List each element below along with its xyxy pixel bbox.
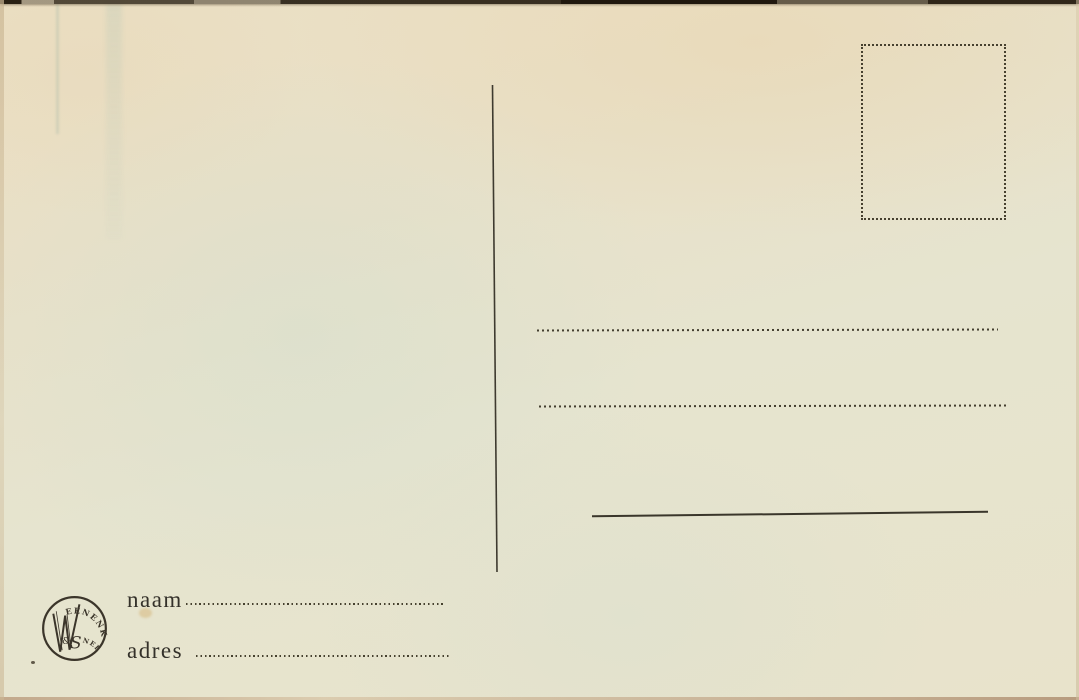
divider-line — [493, 85, 498, 572]
name-field-label: naam — [127, 587, 183, 613]
card-top-edge — [0, 0, 1079, 4]
postcard-back: naam adres EENENK & S NEL — [0, 0, 1079, 700]
address-writing-line — [196, 655, 450, 657]
stamp-box — [861, 44, 1006, 220]
address-writing-line-2 — [539, 405, 1007, 408]
address-writing-line-3 — [592, 511, 988, 517]
logo-suffix-text: NEL — [82, 636, 102, 653]
name-writing-line — [186, 603, 445, 605]
address-writing-line-1 — [537, 329, 998, 332]
scan-streak-thin — [56, 4, 59, 134]
scan-streak — [106, 4, 122, 239]
logo-initial-s: S — [70, 633, 81, 653]
publisher-logo-icon: EENENK & S NEL — [40, 594, 109, 663]
address-field-label: adres — [127, 638, 183, 664]
card-left-edge — [0, 0, 4, 700]
paper-speck — [31, 661, 35, 664]
